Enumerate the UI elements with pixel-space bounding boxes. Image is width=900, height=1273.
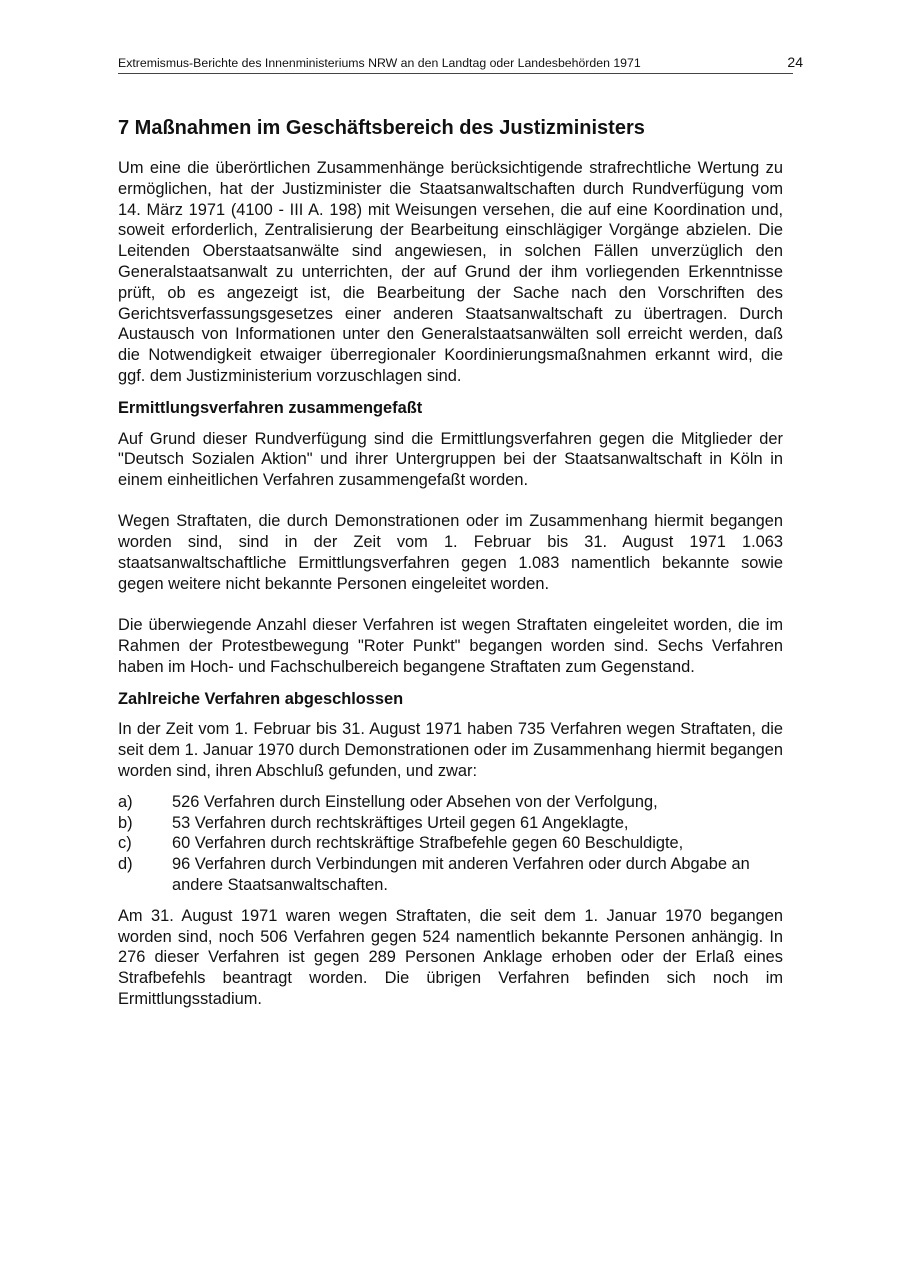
paragraph-dsa: Auf Grund dieser Rundverfügung sind die …	[118, 429, 783, 491]
paragraph-anhaengig: Am 31. August 1971 waren wegen Straftate…	[118, 906, 783, 1010]
list-marker: b)	[118, 813, 172, 834]
list-item-text: 526 Verfahren durch Einstellung oder Abs…	[172, 792, 783, 813]
paragraph-demonstrationen: Wegen Straftaten, die durch Demonstratio…	[118, 511, 783, 594]
list-item: b) 53 Verfahren durch rechtskräftiges Ur…	[118, 813, 783, 834]
list-item-text: 53 Verfahren durch rechtskräftiges Urtei…	[172, 813, 783, 834]
list-item: c) 60 Verfahren durch rechtskräftige Str…	[118, 833, 783, 854]
paragraph-roter-punkt: Die überwiegende Anzahl dieser Verfahren…	[118, 615, 783, 677]
list-marker: a)	[118, 792, 172, 813]
list-item: d) 96 Verfahren durch Verbindungen mit a…	[118, 854, 783, 896]
section-heading-ermittlungsverfahren: Ermittlungsverfahren zusammengefaßt	[118, 398, 783, 419]
chapter-title: 7 Maßnahmen im Geschäftsbereich des Just…	[118, 117, 645, 140]
list-item-text: 60 Verfahren durch rechtskräftige Strafb…	[172, 833, 783, 854]
header-title: Extremismus-Berichte des Innenministeriu…	[118, 55, 641, 71]
paragraph-abgeschlossen: In der Zeit vom 1. Februar bis 31. Augus…	[118, 719, 783, 781]
outcome-list: a) 526 Verfahren durch Einstellung oder …	[118, 792, 783, 896]
section-heading-abgeschlossen: Zahlreiche Verfahren abgeschlossen	[118, 689, 783, 710]
document-body: Um eine die überörtlichen Zusammenhänge …	[118, 158, 783, 1010]
list-item-text: 96 Verfahren durch Verbindungen mit ande…	[172, 854, 783, 896]
list-item: a) 526 Verfahren durch Einstellung oder …	[118, 792, 783, 813]
list-marker: d)	[118, 854, 172, 896]
page-number: 24	[787, 54, 803, 70]
intro-paragraph: Um eine die überörtlichen Zusammenhänge …	[118, 158, 783, 387]
running-header: Extremismus-Berichte des Innenministeriu…	[118, 54, 793, 74]
list-marker: c)	[118, 833, 172, 854]
